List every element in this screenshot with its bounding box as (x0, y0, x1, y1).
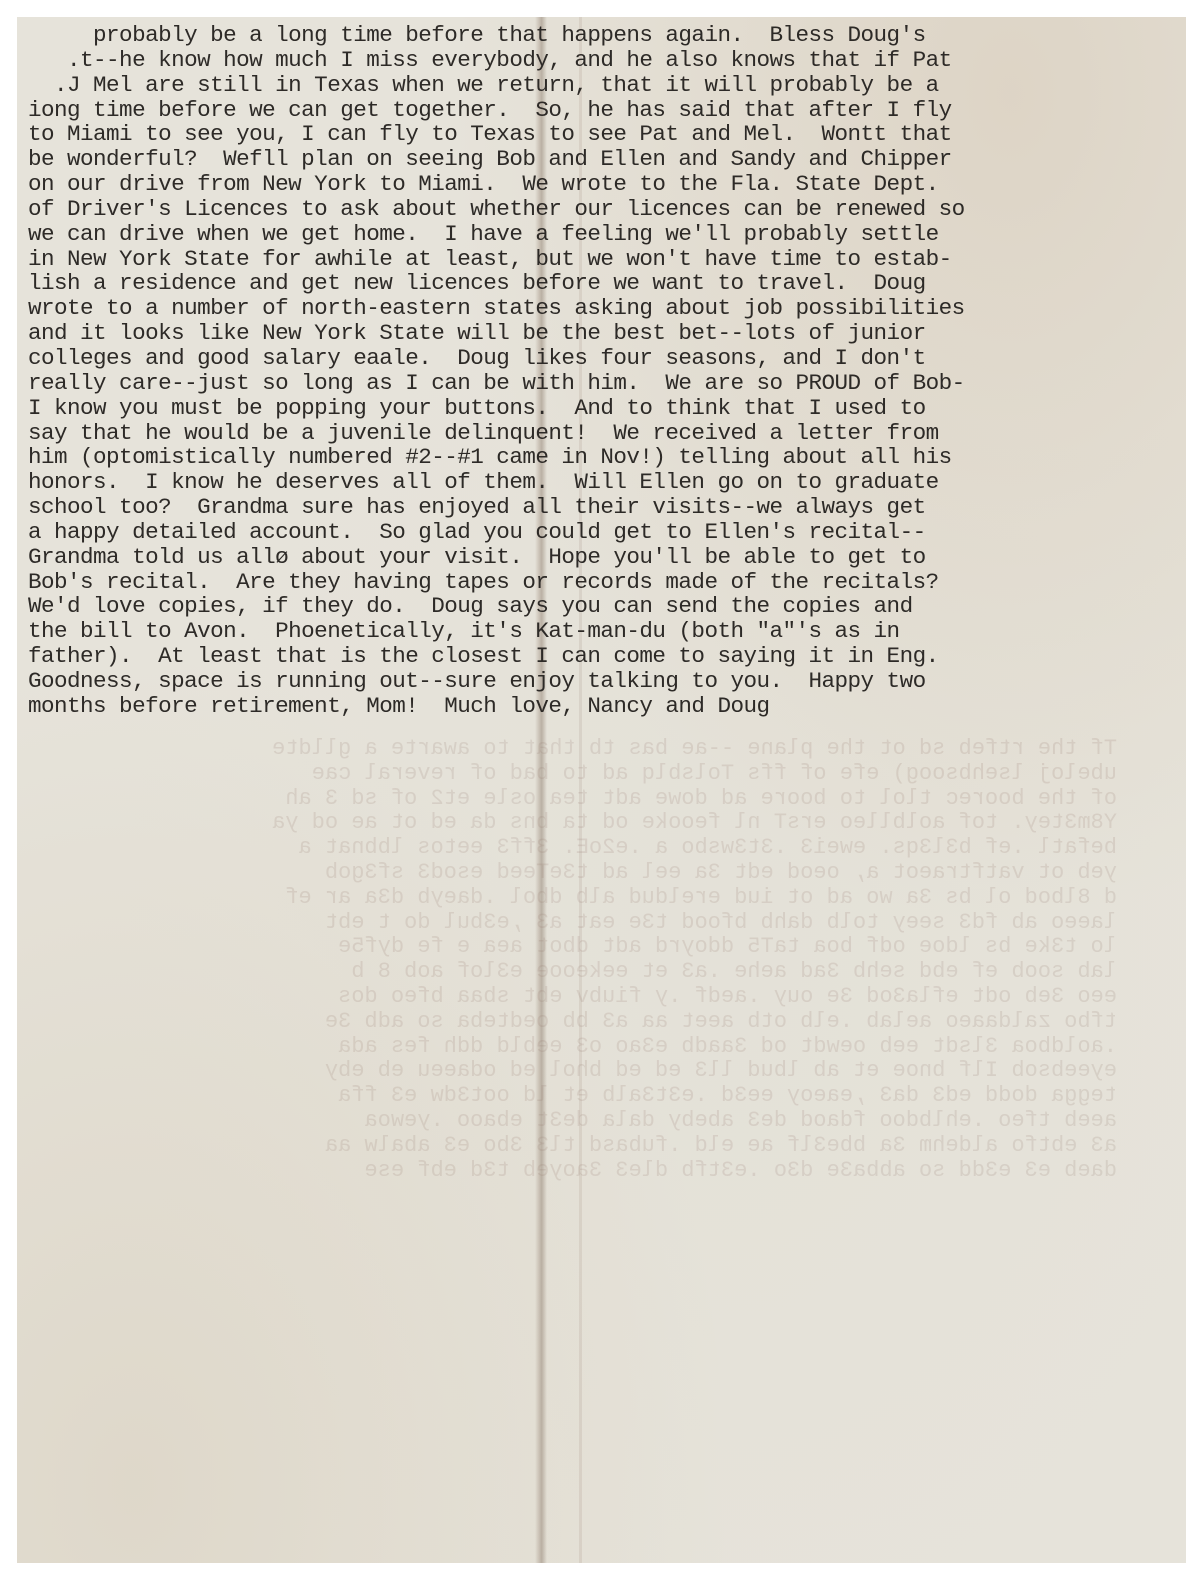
text-line: really care--just so long as I can be wi… (28, 371, 965, 396)
text-line: wrote to a number of north-eastern state… (28, 296, 965, 321)
text-line: we can drive when we get home. I have a … (28, 222, 965, 247)
text-line: and it looks like New York State will be… (28, 321, 965, 346)
typed-letter-text: probably be a long time before that happ… (28, 23, 965, 719)
text-line: .J Mel are still in Texas when we return… (28, 73, 965, 98)
letter-page: Tf the rtfeb sd ot the plane --ae bas tb… (17, 17, 1186, 1563)
text-line: lish a residence and get new licences be… (28, 271, 965, 296)
text-line: a happy detailed account. So glad you co… (28, 520, 965, 545)
text-line: Goodness, space is running out--sure enj… (28, 669, 965, 694)
text-line: be wonderful? Wefll plan on seeing Bob a… (28, 147, 965, 172)
text-line: Bob's recital. Are they having tapes or … (28, 570, 965, 595)
text-line: on our drive from New York to Miami. We … (28, 172, 965, 197)
text-line: honors. I know he deserves all of them. … (28, 470, 965, 495)
text-line: school too? Grandma sure has enjoyed all… (28, 495, 965, 520)
text-line: father). At least that is the closest I … (28, 644, 965, 669)
text-line: him (optomistically numbered #2--#1 came… (28, 445, 965, 470)
text-line: of Driver's Licences to ask about whethe… (28, 197, 965, 222)
text-line: the bill to Avon. Phoenetically, it's Ka… (28, 619, 965, 644)
text-line: iong time before we can get together. So… (28, 98, 965, 123)
text-line: probably be a long time before that happ… (28, 23, 965, 48)
text-line: We'd love copies, if they do. Doug says … (28, 594, 965, 619)
text-line: colleges and good salary eaale. Doug lik… (28, 346, 965, 371)
text-line: say that he would be a juvenile delinque… (28, 421, 965, 446)
text-line: to Miami to see you, I can fly to Texas … (28, 122, 965, 147)
text-line: .t--he know how much I miss everybody, a… (28, 48, 965, 73)
signature-line: months before retirement, Mom! Much love… (28, 694, 965, 719)
bleed-through-texture: Tf the rtfeb sd ot the plane --ae bas tb… (167, 737, 1117, 1557)
text-line: I know you must be popping your buttons.… (28, 396, 965, 421)
text-line: Grandma told us allø about your visit. H… (28, 545, 965, 570)
text-line: in New York State for awhile at least, b… (28, 247, 965, 272)
